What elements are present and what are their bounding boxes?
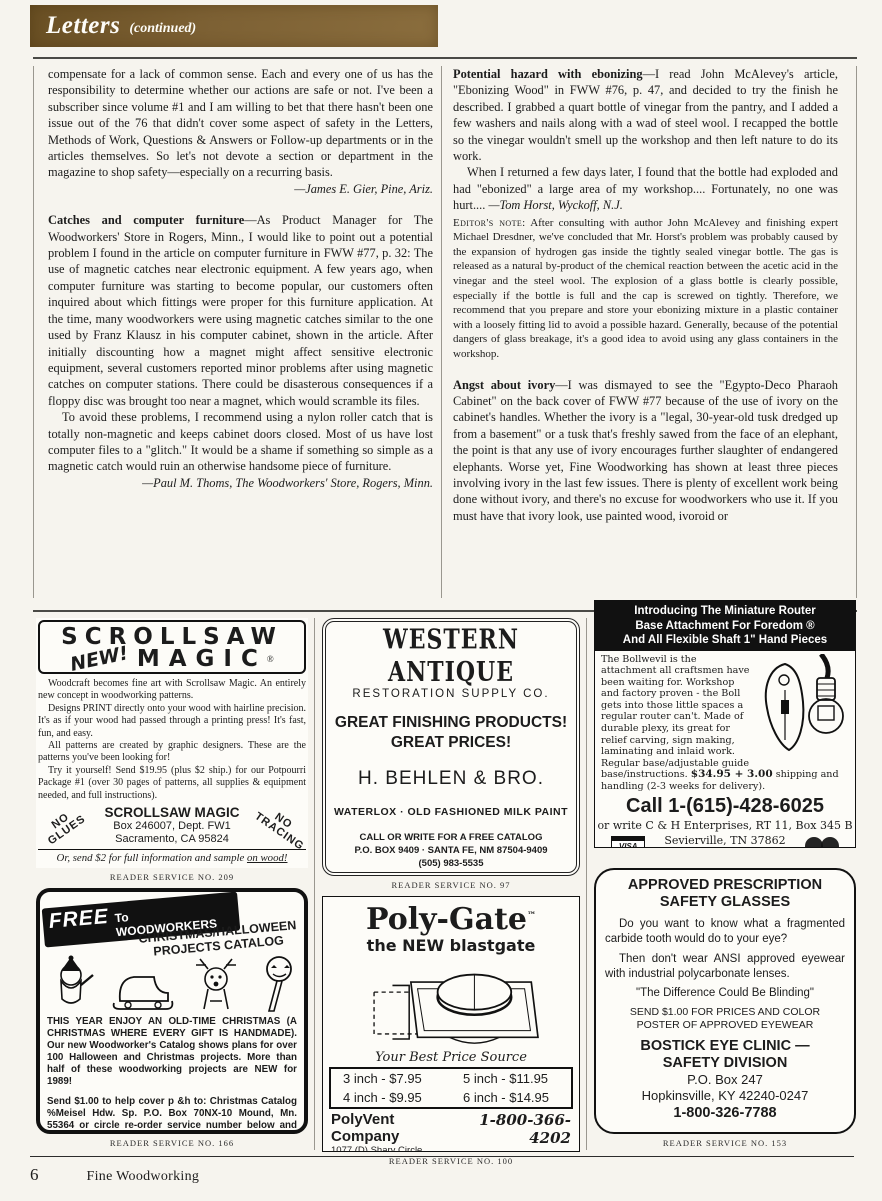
sleigh-illustration [110, 963, 176, 1013]
ad-poly-gate: Poly-Gate™ the NEW blastgate Your Best P… [322, 896, 580, 1152]
letter-ivory-text: —I was dismayed to see the "Egypto-Deco … [453, 378, 838, 523]
foredom-header: Introducing The Miniature Router Base At… [595, 601, 855, 651]
bostick-quote: "The Difference Could Be Blinding" [605, 987, 845, 999]
blastgate-illustration [356, 957, 546, 1049]
right-column-rule [856, 66, 857, 598]
foredom-body: The Bollwevil is the attachment all craf… [595, 651, 855, 793]
foredom-write-line: or write C & H Enterprises, RT 11, Box 3… [595, 819, 855, 832]
editors-note: Editor's note: After consulting with aut… [453, 216, 838, 362]
scrollsaw-address-block: NO GLUES SCROLLSAW MAGIC Box 246007, Dep… [38, 805, 306, 846]
scrollsaw-address-line: Sacramento, CA 95824 [105, 833, 240, 846]
scrollsaw-footer-note: Or, send $2 for full information and sam… [38, 849, 306, 864]
no-glues-badge: NO GLUES [36, 802, 91, 850]
ads-column-2: WESTERN ANTIQUE RESTORATION SUPPLY CO. G… [322, 618, 580, 1172]
meisel-illustrations [47, 955, 297, 1013]
registered-trademark-icon: ® [267, 654, 274, 664]
letters-section: compensate for a lack of common sense. E… [48, 66, 838, 614]
visa-label: VISA [619, 842, 638, 848]
page-title-suffix: (continued) [129, 15, 196, 37]
bostick-send-line: SEND $1.00 FOR PRICES AND COLOR [605, 1006, 845, 1019]
letter-catches-paragraph-2: To avoid these problems, I recommend usi… [48, 409, 433, 475]
foredom-city: Sevierville, TN 37862 [653, 834, 797, 847]
ads-column-3: Introducing The Miniature Router Base At… [594, 600, 856, 1154]
foredom-cards-row: VISA Sevierville, TN 37862 Visa or Maste… [595, 834, 855, 848]
western-contact: CALL OR WRITE FOR A FREE CATALOG P.O. BO… [332, 831, 570, 870]
foredom-price: $34.95 + 3.00 [691, 768, 773, 780]
page-number: 6 [30, 1165, 39, 1185]
polygate-footer: PolyVent Company 1077 (D) Shary Circle C… [323, 1109, 579, 1152]
scrollsaw-paragraph: Try it yourself! Send $19.95 (plus $2 sh… [38, 765, 306, 802]
bostick-title-line: SAFETY GLASSES [605, 894, 845, 911]
ad-foredom-router-base: Introducing The Miniature Router Base At… [594, 600, 856, 848]
western-products: WATERLOX · OLD FASHIONED MILK PAINT [332, 806, 570, 818]
ad-western-antique: WESTERN ANTIQUE RESTORATION SUPPLY CO. G… [322, 618, 580, 876]
page-title: Letters [46, 12, 120, 40]
letter-ebonizing-heading: Potential hazard with ebonizing [453, 67, 643, 81]
reader-service-label: READER SERVICE NO. 166 [36, 1138, 308, 1148]
polygate-title: Poly-Gate™ [323, 901, 579, 935]
meisel-paragraph-1: THIS YEAR ENJOY AN OLD-TIME CHRISTMAS (A… [47, 1016, 297, 1089]
western-phone: (505) 983-5535 [332, 857, 570, 870]
price-cell: 5 inch - $11.95 [451, 1069, 571, 1088]
western-title: WESTERN ANTIQUE [332, 624, 570, 689]
magazine-name: Fine Woodworking [87, 1169, 200, 1185]
polygate-phone: 1-800-366-4202 [452, 1111, 571, 1147]
letters-right-column: Potential hazard with ebonizing—I read J… [453, 66, 838, 614]
letter-catches-paragraph-1: Catches and computer furniture—As Produc… [48, 212, 433, 409]
section-header-bar: Letters (continued) [30, 5, 438, 47]
page-footer: 6 Fine Woodworking [30, 1156, 854, 1185]
ad-scrollsaw-magic: SCROLLSAW NEW! MAGIC ® Woodcraft becomes… [36, 618, 308, 868]
western-brand: H. BEHLEN & BRO. [332, 768, 570, 790]
mastercard-icon [805, 836, 839, 848]
meisel-paragraph-2: Send $1.00 to help cover p &h to: Christ… [47, 1096, 297, 1134]
price-cell: 6 inch - $14.95 [451, 1088, 571, 1107]
western-headline-2: GREAT PRICES! [332, 734, 570, 752]
bostick-title: APPROVED PRESCRIPTION SAFETY GLASSES [605, 877, 845, 911]
letter-signature: —James E. Gier, Pine, Ariz. [48, 181, 433, 197]
foredom-phone: Call 1-(615)-428-6025 [595, 795, 855, 818]
letters-left-column: compensate for a lack of common sense. E… [48, 66, 433, 614]
bostick-paragraph-2: Then don't wear ANSI approved eyewear wi… [605, 952, 845, 981]
foredom-header-line: Base Attachment For Foredom ® [597, 619, 853, 634]
left-column-rule [33, 66, 34, 598]
letter-catches-heading: Catches and computer furniture [48, 213, 244, 227]
top-rule [33, 57, 857, 59]
scrollsaw-logo: SCROLLSAW NEW! MAGIC ® [38, 620, 306, 674]
foredom-header-line: Introducing The Miniature Router [597, 604, 853, 619]
scrollsaw-company-name: SCROLLSAW MAGIC [105, 805, 240, 820]
editors-note-text: After consulting with author John McAlev… [453, 217, 838, 360]
foredom-header-line: And All Flexible Shaft 1" Hand Pieces [597, 633, 853, 648]
bostick-address-line: Hopkinsville, KY 42240-0247 [605, 1088, 845, 1104]
letter-continuation-text: compensate for a lack of common sense. E… [48, 67, 433, 179]
scrollsaw-footer-underlined: on wood! [247, 852, 288, 864]
price-cell: 4 inch - $9.95 [331, 1088, 451, 1107]
editors-note-lead: Editor's note: [453, 217, 526, 229]
bostick-address-line: P.O. Box 247 [605, 1072, 845, 1088]
scrollsaw-paragraph: Woodcraft becomes fine art with Scrollsa… [38, 678, 306, 703]
polygate-address-line: 1077 (D) Shary Circle [331, 1145, 452, 1152]
bostick-phone: 1-800-326-7788 [605, 1105, 845, 1121]
polygate-phone-block: 1-800-366-4202 VISA [452, 1111, 571, 1152]
western-subtitle: RESTORATION SUPPLY CO. [332, 688, 570, 700]
letter-continuation-paragraph: compensate for a lack of common sense. E… [48, 66, 433, 181]
ads-col-divider-2 [586, 618, 587, 1150]
scrollsaw-body: Woodcraft becomes fine art with Scrollsa… [38, 678, 306, 802]
scrollsaw-paragraph: All patterns are created by graphic desi… [38, 740, 306, 765]
ads-col-divider-1 [314, 618, 315, 1150]
polygate-tagline: Your Best Price Source [323, 1050, 579, 1065]
router-attachment-illustration [757, 654, 849, 758]
bostick-title-line: APPROVED PRESCRIPTION [605, 877, 845, 894]
bostick-paragraph-1: Do you want to know what a fragmented ca… [605, 917, 845, 946]
visa-icon: VISA [611, 836, 645, 848]
foredom-cards-accepted: Visa or Mastercard Accepted [653, 847, 797, 848]
western-headline-1: GREAT FINISHING PRODUCTS! [332, 714, 570, 732]
magazine-page: Letters (continued) compensate for a lac… [0, 0, 882, 1201]
scrollsaw-address-line: Box 246007, Dept. FW1 [105, 820, 240, 833]
bostick-send-lines: SEND $1.00 FOR PRICES AND COLOR POSTER O… [605, 1006, 845, 1032]
polygate-title-text: Poly-Gate [366, 902, 527, 937]
western-call-line: CALL OR WRITE FOR A FREE CATALOG [332, 831, 570, 844]
bostick-clinic-line: BOSTICK EYE CLINIC — [605, 1038, 845, 1055]
scrollsaw-paragraph: Designs PRINT directly onto your wood wi… [38, 703, 306, 740]
letter-ebonizing-paragraph-2: When I returned a few days later, I foun… [453, 164, 838, 213]
ads-column-1: SCROLLSAW NEW! MAGIC ® Woodcraft becomes… [36, 618, 308, 1154]
letter-ivory-heading: Angst about ivory [453, 378, 555, 392]
bostick-clinic-name: BOSTICK EYE CLINIC — SAFETY DIVISION [605, 1038, 845, 1072]
letter-signature: —Tom Horst, Wyckoff, N.J. [488, 198, 622, 212]
polygate-price-table: 3 inch - $7.95 5 inch - $11.95 4 inch - … [329, 1067, 573, 1109]
western-address: P.O. BOX 9409 · SANTA FE, NM 87504-9409 [332, 844, 570, 857]
bostick-send-line: POSTER OF APPROVED EYEWEAR [605, 1019, 845, 1032]
polygate-company-block: PolyVent Company 1077 (D) Shary Circle C… [331, 1111, 452, 1152]
letter-catches-text-2: To avoid these problems, I recommend usi… [48, 410, 433, 473]
meisel-free-text: FREE [48, 905, 110, 934]
santa-illustration [47, 955, 95, 1013]
foredom-city-block: Sevierville, TN 37862 Visa or Mastercard… [653, 834, 797, 848]
trademark-icon: ™ [527, 911, 536, 921]
reader-service-label: READER SERVICE NO. 209 [36, 872, 308, 882]
letter-ebonizing-paragraph-1: Potential hazard with ebonizing—I read J… [453, 66, 838, 164]
scrollsaw-company-address: SCROLLSAW MAGIC Box 246007, Dept. FW1 Sa… [105, 805, 240, 846]
letter-signature: —Paul M. Thoms, The Woodworkers' Store, … [48, 475, 433, 491]
letter-ebonizing-text-1: —I read John McAlevey's article, "Eboniz… [453, 67, 838, 163]
pumpkin-pop-illustration [257, 955, 297, 1013]
price-cell: 3 inch - $7.95 [331, 1069, 451, 1088]
ad-meisel-catalog: FREE To WOODWORKERS CHRISTMAS/HALLOWEEN … [36, 888, 308, 1134]
polygate-subtitle: the NEW blastgate [323, 936, 579, 955]
no-tracing-badge: NO TRACING [252, 802, 307, 850]
letter-catches-text-1: —As Product Manager for The Woodworkers'… [48, 213, 433, 407]
ad-bostick-eye-clinic: APPROVED PRESCRIPTION SAFETY GLASSES Do … [594, 868, 856, 1134]
letter-ivory-paragraph: Angst about ivory—I was dismayed to see … [453, 377, 838, 525]
scrollsaw-magic-word: MAGIC [137, 646, 267, 672]
scrollsaw-footer-text: Or, send $2 for full information and sam… [57, 852, 247, 864]
reader-service-label: READER SERVICE NO. 97 [322, 880, 580, 890]
reader-service-label: READER SERVICE NO. 153 [594, 1138, 856, 1148]
reindeer-illustration [190, 957, 242, 1013]
polygate-company-name: PolyVent Company [331, 1111, 452, 1145]
foredom-body-text: The Bollwevil is the attachment all craf… [601, 654, 749, 781]
bostick-clinic-line: SAFETY DIVISION [605, 1055, 845, 1072]
